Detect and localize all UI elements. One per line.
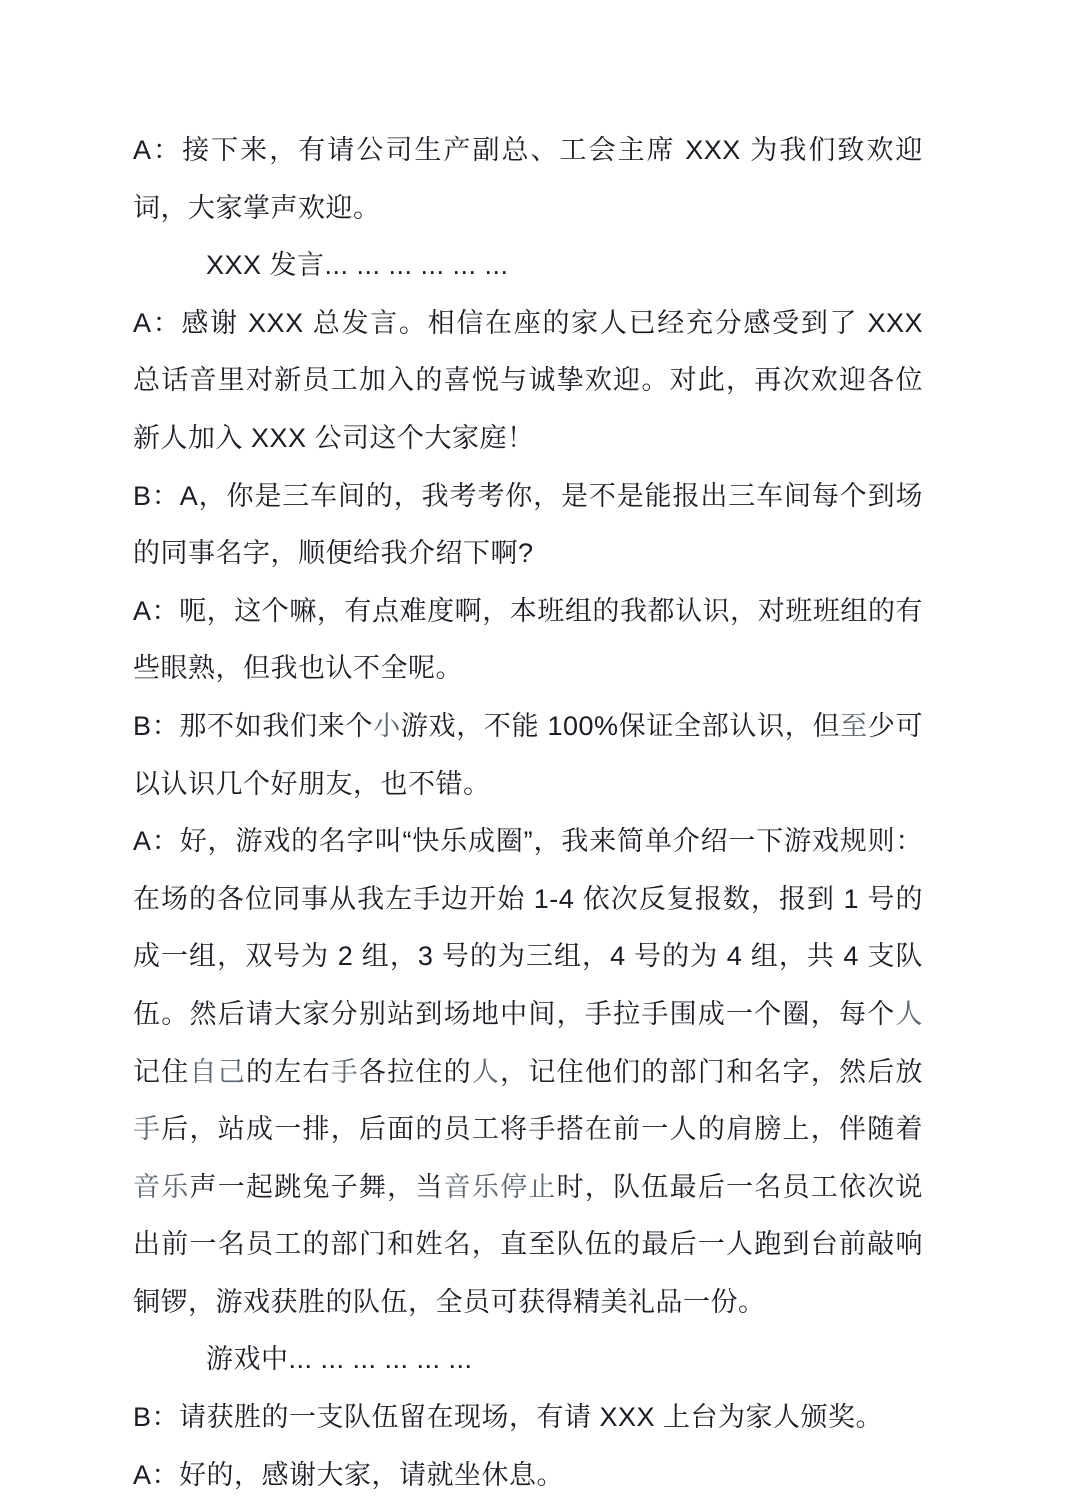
text-run-light: 手 <box>133 1114 161 1144</box>
text-run: 记住 <box>133 1057 189 1087</box>
dialogue-paragraph: A：接下来，有请公司生产副总、工会主席 XXX 为我们致欢迎词，大家掌声欢迎。 <box>133 122 923 237</box>
text-run: 声一起跳兔子舞，当 <box>189 1172 443 1202</box>
text-run: A：呃，这个嘛，有点难度啊，本班组的我都认识，对班班组的有些眼熟，但我也认不全呢… <box>133 596 923 684</box>
text-run-light: 音乐 <box>133 1172 189 1202</box>
text-run: B：那不如我们来个 <box>133 711 373 741</box>
document-page: A：接下来，有请公司生产副总、工会主席 XXX 为我们致欢迎词，大家掌声欢迎。X… <box>0 0 1080 1498</box>
text-run-light: 人 <box>896 999 924 1029</box>
text-run: A：接下来，有请公司生产副总、工会主席 XXX 为我们致欢迎词，大家掌声欢迎。 <box>133 135 923 223</box>
text-run-light: 小 <box>373 711 401 741</box>
text-run-light: 至 <box>840 711 868 741</box>
text-run: A：好的，感谢大家，请就坐休息。 <box>133 1460 564 1490</box>
text-run: B：请获胜的一支队伍留在现场，有请 XXX 上台为家人颁奖。 <box>133 1402 883 1432</box>
text-run: 游戏中... ... ... ... ... ... <box>206 1344 473 1374</box>
dialogue-paragraph: B：请获胜的一支队伍留在现场，有请 XXX 上台为家人颁奖。 <box>133 1389 923 1447</box>
stage-direction-paragraph: XXX 发言... ... ... ... ... ... <box>133 237 923 295</box>
text-run: B：A，你是三车间的，我考考你，是不是能报出三车间每个到场的同事名字，顺便给我介… <box>133 481 923 569</box>
text-run-light: 人 <box>472 1057 500 1087</box>
dialogue-paragraph: A：呃，这个嘛，有点难度啊，本班组的我都认识，对班班组的有些眼熟，但我也认不全呢… <box>133 583 923 698</box>
text-run: 的左右 <box>246 1057 331 1087</box>
text-run: ，记住他们的部门和名字，然后放 <box>500 1057 923 1087</box>
text-run: A：好，游戏的名字叫“快乐成圈”，我来简单介绍一下游戏规则：在场的各位同事从我左… <box>133 826 923 1029</box>
text-run-light: 音乐停止 <box>444 1172 557 1202</box>
text-run: 游戏，不能 100%保证全部认识，但 <box>401 711 840 741</box>
dialogue-paragraph: B：那不如我们来个小游戏，不能 100%保证全部认识，但至少可以认识几个好朋友，… <box>133 698 923 813</box>
document-body: A：接下来，有请公司生产副总、工会主席 XXX 为我们致欢迎词，大家掌声欢迎。X… <box>133 122 923 1498</box>
dialogue-paragraph: B：A，你是三车间的，我考考你，是不是能报出三车间每个到场的同事名字，顺便给我介… <box>133 468 923 583</box>
stage-direction-paragraph: 游戏中... ... ... ... ... ... <box>133 1331 923 1389</box>
text-run: XXX 发言... ... ... ... ... ... <box>206 250 509 280</box>
text-run: 各拉住的 <box>359 1057 472 1087</box>
text-run-light: 自己 <box>189 1057 245 1087</box>
text-run: 后，站成一排，后面的员工将手搭在前一人的肩膀上，伴随着 <box>161 1114 923 1144</box>
dialogue-paragraph: A：好，游戏的名字叫“快乐成圈”，我来简单介绍一下游戏规则：在场的各位同事从我左… <box>133 813 923 1331</box>
text-run: A：感谢 XXX 总发言。相信在座的家人已经充分感受到了 XXX 总话音里对新员… <box>133 308 923 453</box>
dialogue-paragraph: A：感谢 XXX 总发言。相信在座的家人已经充分感受到了 XXX 总话音里对新员… <box>133 295 923 468</box>
dialogue-paragraph: A：好的，感谢大家，请就坐休息。 <box>133 1447 923 1498</box>
text-run-light: 手 <box>331 1057 359 1087</box>
